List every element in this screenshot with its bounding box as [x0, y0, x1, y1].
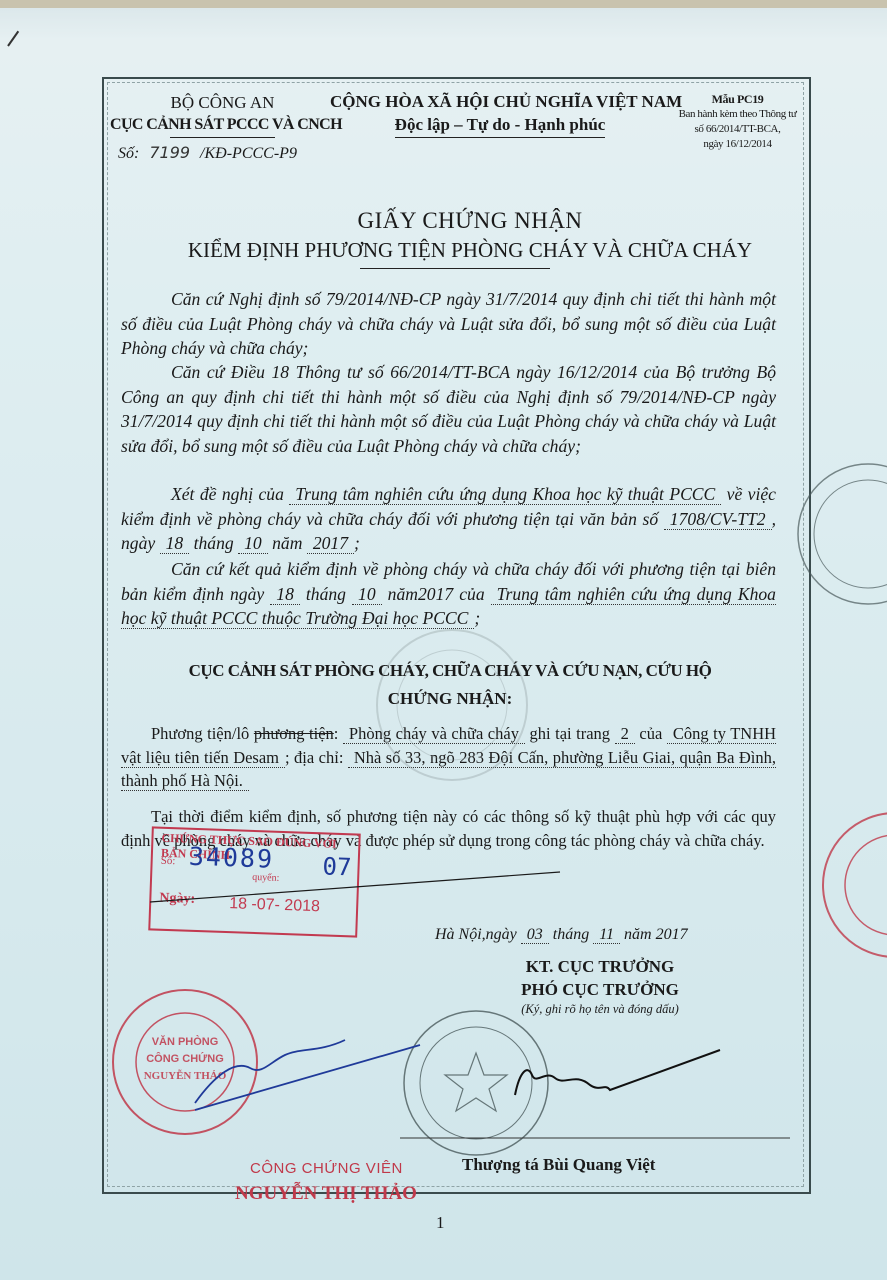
svg-text:CÔNG CHỨNG: CÔNG CHỨNG [146, 1052, 224, 1065]
police-seal-partial-icon [798, 464, 887, 604]
svg-text:VĂN PHÒNG: VĂN PHÒNG [152, 1035, 219, 1048]
officer-signature-icon [515, 1050, 720, 1095]
police-seal-icon [404, 1011, 548, 1155]
faded-seal-watermark-icon [377, 630, 527, 780]
notary-seal-partial-icon [823, 813, 887, 957]
pen-stroke-icon [150, 872, 560, 902]
seals-and-signatures: VĂN PHÒNG CÔNG CHỨNG NGUYỄN THẢO [0, 0, 887, 1280]
notary-signature-icon [195, 1040, 420, 1110]
notary-seal-icon: VĂN PHÒNG CÔNG CHỨNG NGUYỄN THẢO [113, 990, 257, 1134]
